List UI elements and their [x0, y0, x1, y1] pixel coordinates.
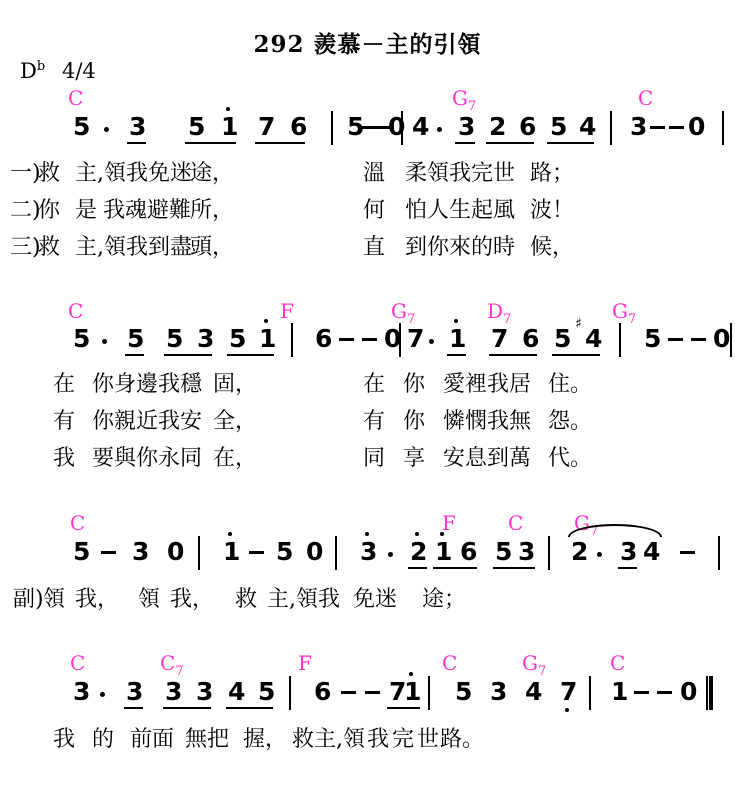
chord-label: C [638, 86, 653, 110]
note-digit: 2 [489, 114, 506, 139]
chord-label: F [298, 651, 312, 675]
lyric-row: 一)救主,領我免迷途，溫柔領我完世路； [0, 161, 735, 189]
beam-underline [163, 707, 211, 709]
beam-underline [493, 567, 535, 569]
note-digit: 3 [126, 679, 143, 704]
sustain-dash [668, 338, 683, 341]
beam-underline [489, 354, 537, 356]
barline [589, 676, 591, 710]
lyric-token: 頭， [190, 235, 234, 261]
chord-label: C [442, 651, 457, 675]
note-digit: 7 [560, 679, 577, 704]
note-digit: 4 [525, 679, 542, 704]
chord-label: C [68, 86, 83, 110]
note-digit: 3 [490, 679, 507, 704]
barline [289, 676, 291, 710]
duration-dot [102, 339, 107, 344]
lyric-token: 我， [170, 587, 214, 613]
note-digit: 6 [290, 114, 307, 139]
chord-label: C [68, 299, 83, 323]
note-digit: 4 [579, 114, 596, 139]
sustain-dash [650, 126, 665, 129]
note-digit: 7 [258, 114, 275, 139]
note-digit: 4 [228, 679, 245, 704]
lyric-token: 所， [190, 198, 234, 224]
barline [198, 536, 200, 570]
beam-underline [127, 142, 146, 144]
lyric-token: 候， [530, 235, 574, 261]
octave-dot-above [226, 107, 230, 111]
lyric-token: 你 [38, 198, 60, 224]
note-digit: 5 [73, 326, 90, 351]
note-digit: 6 [315, 326, 332, 351]
note-digit: 6 [519, 114, 536, 139]
lyric-token: 直 [363, 235, 385, 261]
lyric-token: 的 [92, 727, 114, 753]
note-digit: 6 [314, 679, 331, 704]
beam-underline [226, 707, 273, 709]
octave-dot-above [365, 532, 369, 536]
lyric-token: 在， [213, 446, 257, 472]
note-digit: 3 [196, 679, 213, 704]
lyric-token: 憐憫我無 [443, 409, 531, 435]
lyric-token: 三) [10, 235, 41, 261]
lyric-token: 我， [75, 587, 119, 613]
duration-dot [429, 339, 434, 344]
duration-dot [437, 127, 442, 132]
barline [291, 323, 293, 357]
sustain-dash [669, 126, 684, 129]
lyric-row: 我要與你永同在，同享安息到萬代。 [0, 446, 735, 474]
note-digit: 5 [229, 326, 246, 351]
lyric-token: 同 [363, 446, 385, 472]
note-digit: 5 [554, 326, 571, 351]
note-digit: 3 [360, 539, 377, 564]
note-digit: 1 [435, 539, 452, 564]
lyric-token: 愛裡我居 [443, 372, 531, 398]
note-digit: 1 [404, 679, 421, 704]
octave-dot-above [409, 672, 413, 676]
barline [610, 111, 612, 145]
chord-label: G7 [391, 299, 415, 323]
lyric-token: 救 [235, 587, 257, 613]
lyric-token: 你身邊我穩 [92, 372, 202, 398]
chord-row: CG7C [0, 86, 735, 110]
chord-label: C [70, 511, 85, 535]
note-row: 530150321653234 [0, 538, 735, 580]
note-digit: 6 [522, 326, 539, 351]
lyric-token: 要與你永同 [92, 446, 202, 472]
note-digit: 3 [518, 539, 535, 564]
lyric-token: 安息到萬 [443, 446, 531, 472]
note-digit: 4 [585, 326, 602, 351]
barline [730, 323, 732, 357]
note-digit: 5 [455, 679, 472, 704]
chord-label: G7 [522, 651, 546, 675]
barline [718, 536, 720, 570]
lyric-token: 握， [243, 727, 287, 753]
note-digit: 0 [713, 326, 730, 351]
lyric-token: 代。 [548, 446, 592, 472]
beam-underline [408, 567, 427, 569]
note-digit: 3 [458, 114, 475, 139]
note-digit: 5 [73, 539, 90, 564]
lyric-token: 救 [38, 235, 60, 261]
note-digit: 5 [644, 326, 661, 351]
chord-label: D7 [487, 299, 511, 323]
lyric-token: 享 [403, 446, 425, 472]
lyric-token: 住。 [548, 372, 592, 398]
sustain-dash [634, 691, 649, 694]
beam-underline [255, 142, 305, 144]
octave-dot-above [454, 319, 458, 323]
octave-dot-above [228, 532, 232, 536]
note-digit: 1 [223, 539, 240, 564]
lyric-token: 救主,領 [292, 727, 365, 753]
octave-dot-above [415, 532, 419, 536]
note-digit: 5 [73, 114, 90, 139]
octave-dot-above [264, 319, 268, 323]
note-digit: 0 [680, 679, 697, 704]
lyric-token: 副) [13, 587, 44, 613]
lyric-token: 怨。 [548, 409, 592, 435]
chord-row: CC7FCG7C [0, 651, 735, 675]
lyric-token: 主,領我 [267, 587, 340, 613]
lyric-token: 有 [53, 409, 75, 435]
sustain-dash [362, 126, 377, 129]
note-digit: 0 [167, 539, 184, 564]
note-digit: 5 [550, 114, 567, 139]
sustain-dash [691, 338, 706, 341]
lyric-token: 世 [417, 727, 439, 753]
hymn-sheet: 292 羨慕－主的引領 Db 4/4 CG7C5351765043265430C… [0, 0, 735, 796]
sustain-dash [680, 551, 695, 554]
sustain-dash [101, 551, 116, 554]
note-digit: 1 [259, 326, 276, 351]
barline [428, 676, 430, 710]
sustain-dash [657, 691, 672, 694]
lyric-token: 全， [213, 409, 257, 435]
lyric-token: 在 [363, 372, 385, 398]
lyric-token: 你親近我安 [92, 409, 202, 435]
note-digit: 5 [127, 326, 144, 351]
beam-underline [447, 354, 466, 356]
lyric-token: 你 [403, 372, 425, 398]
note-digit: 3 [73, 679, 90, 704]
lyric-token: 途， [190, 161, 234, 187]
lyric-token: 一) [10, 161, 41, 187]
note-digit: 1 [611, 679, 628, 704]
lyric-token: 免迷 [353, 587, 397, 613]
sustain-dash [341, 691, 356, 694]
note-digit: 5 [495, 539, 512, 564]
lyric-token: 途； [422, 587, 466, 613]
duration-dot [100, 692, 105, 697]
final-barline [706, 676, 713, 710]
lyric-row: 我的前面無把握，救主,領我完世路。 [0, 727, 735, 755]
beam-underline [547, 142, 594, 144]
lyric-token: 固， [213, 372, 257, 398]
note-digit: 0 [688, 114, 705, 139]
lyric-token: 在 [53, 372, 75, 398]
lyric-token: 何 [363, 198, 385, 224]
barline [619, 323, 621, 357]
duration-dot [104, 127, 109, 132]
lyric-token: 柔領我完世 [405, 161, 515, 187]
chord-label: F [442, 511, 456, 535]
note-row: 5351765043265430 [0, 113, 735, 155]
lyric-row: 有你親近我安全，有你憐憫我無怨。 [0, 409, 735, 437]
sustain-dash [365, 691, 380, 694]
lyric-token: 救 [38, 161, 60, 187]
beam-underline [125, 354, 144, 356]
note-digit: 3 [129, 114, 146, 139]
lyric-token: 我 [367, 727, 389, 753]
sustain-dash [339, 338, 354, 341]
note-digit: 0 [306, 539, 323, 564]
duration-dot [597, 552, 602, 557]
lyric-token: 你 [403, 409, 425, 435]
beam-underline [227, 354, 274, 356]
barline [331, 111, 333, 145]
note-digit: 2 [571, 539, 588, 564]
music-notation: CG7C5351765043265430CFG7D7G7555351607176… [0, 0, 735, 796]
note-digit: 6 [460, 539, 477, 564]
lyric-token: 完 [392, 727, 414, 753]
lyric-token: 二) [10, 198, 41, 224]
lyric-token: 我 [53, 446, 75, 472]
lyric-row: 在你身邊我穩固，在你愛裡我居住。 [0, 372, 735, 400]
barline [399, 323, 401, 357]
chord-label: C [508, 511, 523, 535]
sustain-dash [249, 551, 264, 554]
note-digit: 5 [258, 679, 275, 704]
sustain-dash [362, 338, 377, 341]
lyric-token: 我魂避難 [103, 198, 191, 224]
lyric-token: 路； [530, 161, 574, 187]
beam-underline [387, 707, 420, 709]
chord-label: G7 [612, 299, 636, 323]
chord-label: C7 [160, 651, 184, 675]
lyric-row: 三)救主,領我到盡頭，直到你來的時候， [0, 235, 735, 263]
note-digit: 3 [620, 539, 637, 564]
note-digit: 1 [449, 326, 466, 351]
chord-row: CFG7D7G7 [0, 299, 735, 323]
lyric-token: 無把 [185, 727, 229, 753]
beam-underline [433, 567, 477, 569]
lyric-token: 領 [138, 587, 160, 613]
note-digit: 5 [166, 326, 183, 351]
note-digit: 3 [132, 539, 149, 564]
note-digit: 4 [643, 539, 660, 564]
lyric-token: 溫 [363, 161, 385, 187]
note-digit: 5 [188, 114, 205, 139]
note-row: 333345671534710 [0, 678, 735, 720]
barline [548, 536, 550, 570]
beam-underline [185, 142, 236, 144]
duration-dot [388, 552, 393, 557]
note-digit: 7 [407, 326, 424, 351]
note-digit: 5 [276, 539, 293, 564]
lyric-token: 路。 [440, 727, 484, 753]
lyric-token: 到你來的時 [405, 235, 515, 261]
chord-label: F [280, 299, 294, 323]
note-digit: 1 [221, 114, 238, 139]
note-digit: 3 [197, 326, 214, 351]
note-row: 5553516071765♯450 [0, 325, 735, 367]
lyric-token: 有 [363, 409, 385, 435]
lyric-row: 副)領我，領我，救主,領我免迷途； [0, 587, 735, 615]
lyric-token: 怕人生起風 [405, 198, 515, 224]
beam-underline [552, 354, 600, 356]
lyric-token: 我 [53, 727, 75, 753]
chord-label: C [610, 651, 625, 675]
lyric-token: 前面 [130, 727, 174, 753]
chord-label: G7 [452, 86, 476, 110]
lyric-token: 波！ [530, 198, 574, 224]
octave-dot-above [440, 532, 444, 536]
note-digit: 7 [491, 326, 508, 351]
beam-underline [164, 354, 212, 356]
beam-underline [455, 142, 475, 144]
barline [722, 111, 724, 145]
note-digit: 2 [410, 539, 427, 564]
lyric-token: 是 [75, 198, 97, 224]
note-digit: 3 [630, 114, 647, 139]
note-digit: 3 [165, 679, 182, 704]
beam-underline [124, 707, 143, 709]
chord-label: C [70, 651, 85, 675]
octave-dot-below [565, 708, 569, 712]
lyric-token: 領 [43, 587, 65, 613]
barline [335, 536, 337, 570]
lyric-row: 二)你是我魂避難所，何怕人生起風波！ [0, 198, 735, 226]
beam-underline [486, 142, 534, 144]
lyric-token: 主,領我到盡 [75, 235, 192, 261]
sharp-sign: ♯ [575, 317, 582, 331]
beam-underline [618, 567, 637, 569]
barline [401, 111, 403, 145]
note-digit: 4 [412, 114, 429, 139]
lyric-token: 主,領我免迷 [75, 161, 192, 187]
